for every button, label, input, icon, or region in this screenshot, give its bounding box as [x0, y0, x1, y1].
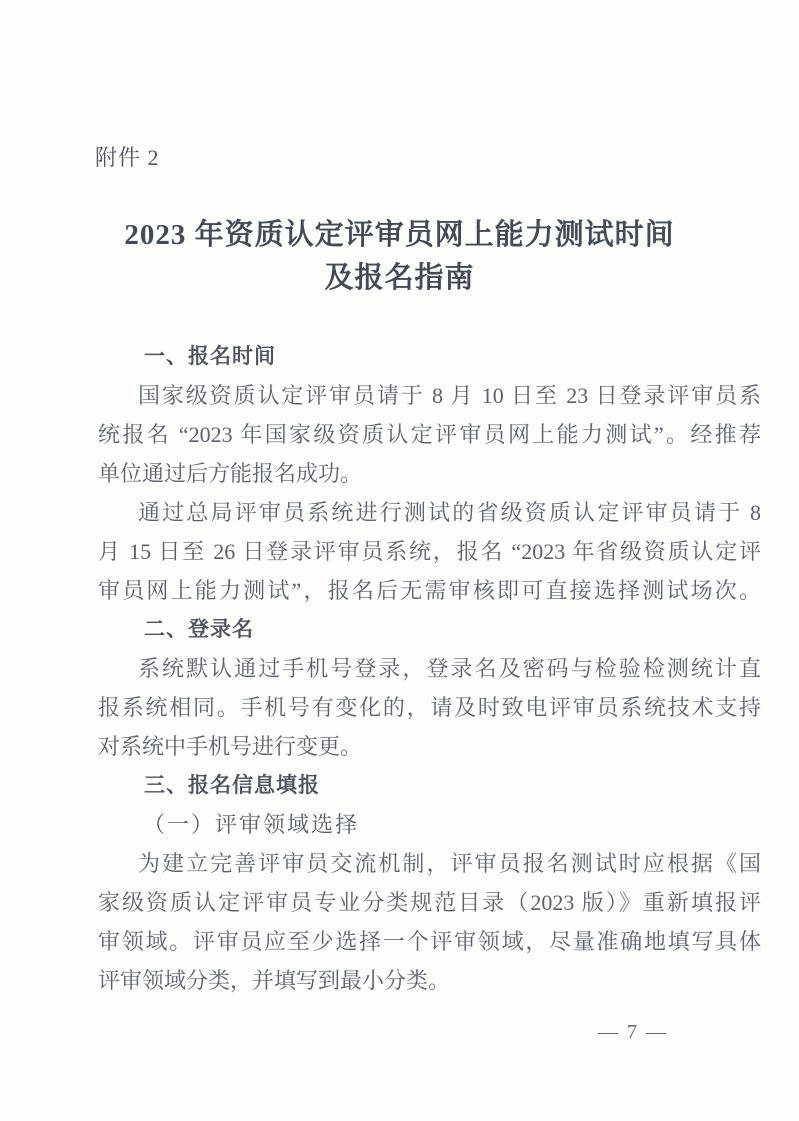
- paragraph-line: 为建立完善评审员交流机制，评审员报名测试时应根据《国: [98, 844, 761, 883]
- title-line-2: 及报名指南: [0, 257, 799, 300]
- document-page: 附件 2 2023 年资质认定评审员网上能力测试时间 及报名指南 一、报名时间 …: [0, 0, 799, 1121]
- subsection-1-heading: （一）评审领域选择: [98, 805, 761, 844]
- paragraph-line: 对系统中手机号进行变更。: [98, 727, 761, 766]
- section-1-heading: 一、报名时间: [98, 337, 761, 376]
- paragraph-line: 系统默认通过手机号登录，登录名及密码与检验检测统计直: [98, 649, 761, 688]
- paragraph-line: 家级资质认定评审员专业分类规范目录（2023 版）》重新填报评: [98, 883, 761, 922]
- section-3-heading: 三、报名信息填报: [98, 766, 761, 805]
- paragraph-line: 国家级资质认定评审员请于 8 月 10 日至 23 日登录评审员系: [98, 376, 761, 415]
- paragraph-line: 审员网上能力测试”，报名后无需审核即可直接选择测试场次。: [98, 571, 761, 610]
- paragraph-line: 评审领域分类，并填写到最小分类。: [98, 961, 761, 1000]
- paragraph-line: 统报名 “2023 年国家级资质认定评审员网上能力测试”。经推荐: [98, 415, 761, 454]
- paragraph-line: 审领域。评审员应至少选择一个评审领域，尽量准确地填写具体: [98, 922, 761, 961]
- title-line-1: 2023 年资质认定评审员网上能力测试时间: [0, 214, 799, 257]
- section-2-heading: 二、登录名: [98, 610, 761, 649]
- paragraph-line: 单位通过后方能报名成功。: [98, 454, 761, 493]
- document-title: 2023 年资质认定评审员网上能力测试时间 及报名指南: [0, 214, 799, 300]
- document-body: 一、报名时间 国家级资质认定评审员请于 8 月 10 日至 23 日登录评审员系…: [98, 337, 761, 1000]
- attachment-label: 附件 2: [95, 143, 160, 173]
- page-number: — 7 —: [598, 1019, 668, 1045]
- paragraph-line: 月 15 日至 26 日登录评审员系统，报名 “2023 年省级资质认定评: [98, 532, 761, 571]
- paragraph-line: 通过总局评审员系统进行测试的省级资质认定评审员请于 8: [98, 493, 761, 532]
- paragraph-line: 报系统相同。手机号有变化的，请及时致电评审员系统技术支持: [98, 688, 761, 727]
